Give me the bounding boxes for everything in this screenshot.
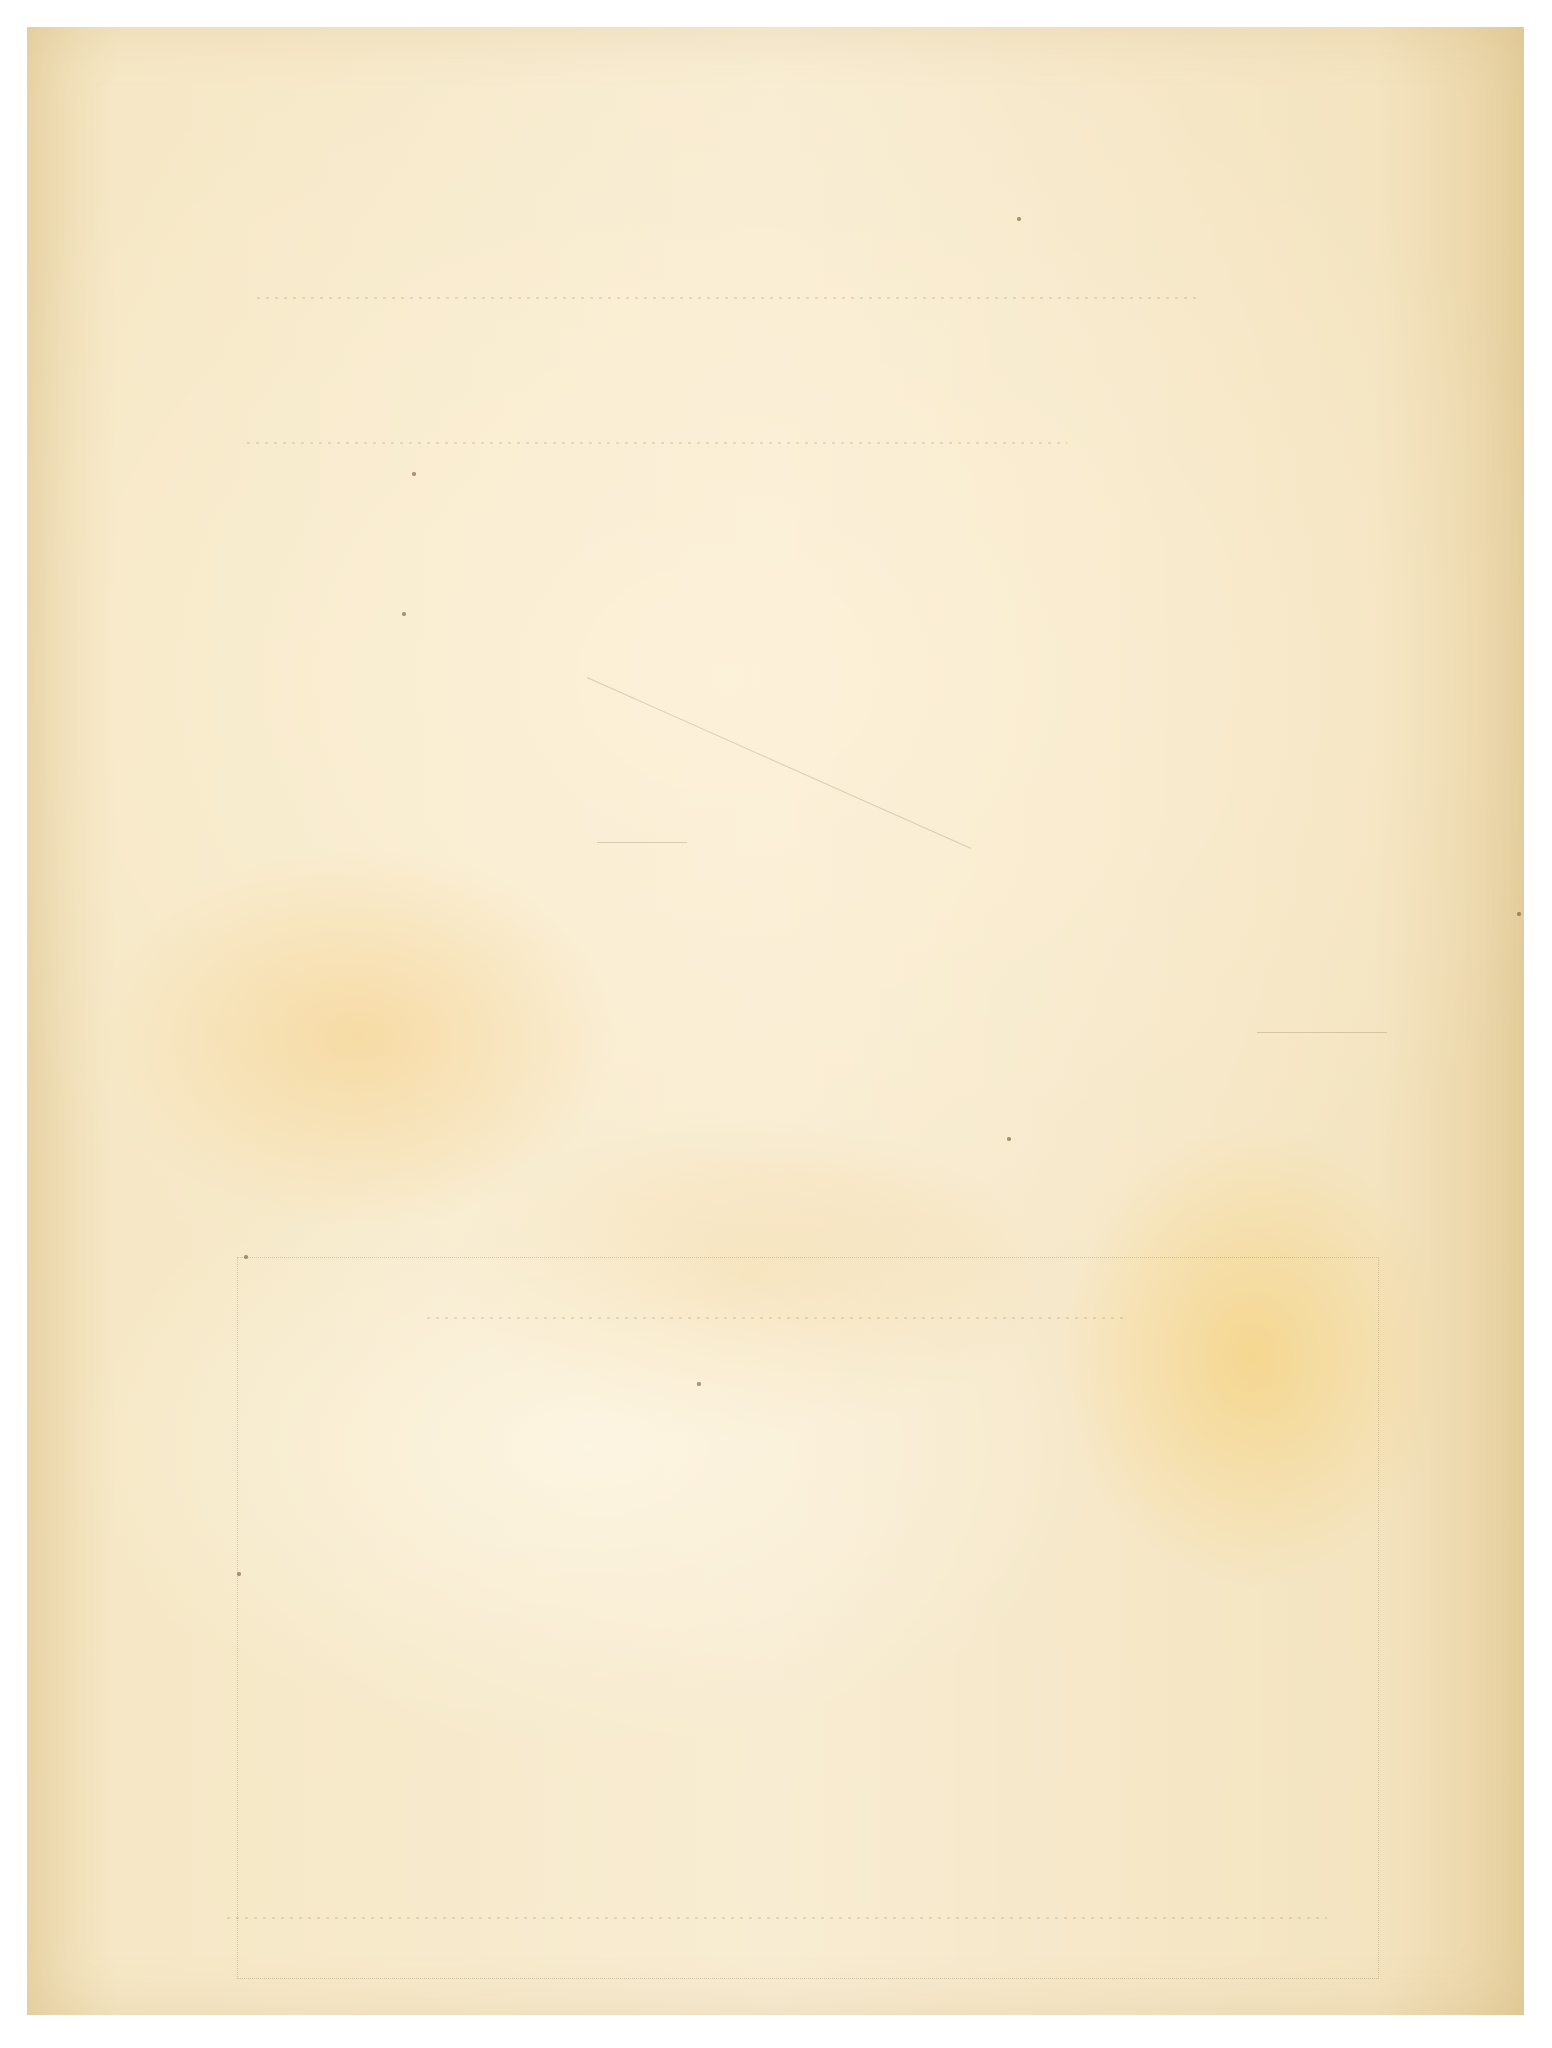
faint-horizontal-mark [1257,1032,1387,1033]
paper-sheet [27,27,1524,2015]
faint-diagonal-mark [587,677,971,849]
bleed-through-text-row [257,297,1197,299]
bleed-through-text-row [227,1917,1327,1919]
bleed-through-text-row [427,1317,1127,1319]
foxing-speck [412,472,416,476]
bleed-through-text-row [247,442,1067,444]
foxing-speck [697,1382,701,1386]
foxing-speck [402,612,406,616]
faint-plate-border [237,1257,1379,1979]
foxing-speck [244,1255,248,1259]
faint-horizontal-mark [597,842,687,843]
foxing-speck [237,1572,241,1576]
foxing-speck [1517,912,1521,916]
foxing-speck [1007,1137,1011,1141]
foxing-speck [1017,217,1021,221]
